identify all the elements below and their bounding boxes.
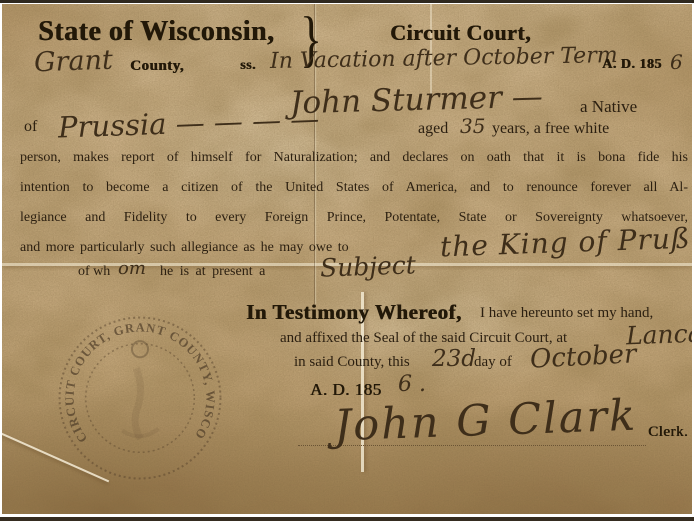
ad-year-printed: A. D. 185	[602, 57, 662, 73]
vacation-term-handwritten: In Vacation after October Term	[270, 43, 618, 74]
day-of-label: day of	[474, 354, 512, 371]
body-line-report: person, makes report of himself for Natu…	[20, 150, 688, 166]
subject-printed-a: of wh	[78, 264, 110, 280]
age-handwritten: 35	[460, 114, 485, 138]
clerk-label: Clerk.	[648, 424, 688, 441]
seal-inner-mark	[132, 341, 148, 357]
month-handwritten: October	[529, 339, 637, 375]
of-label: of	[24, 118, 37, 136]
ss-label: ss.	[240, 58, 256, 74]
clerk-signature-handwritten: John G Clark	[333, 391, 638, 452]
testimony-year-digit-handwritten: 6 .	[398, 372, 426, 397]
scanned-document: State of Wisconsin, } Circuit Court, Gra…	[0, 0, 694, 521]
body-line-intention: intention to become a citizen of the Uni…	[20, 180, 688, 196]
subject-printed-b: he is at present a	[160, 264, 265, 280]
testimony-county-line: in said County, this	[294, 354, 410, 371]
testimony-ad-printed: A. D. 185	[310, 380, 382, 400]
declarant-name-handwritten: John Sturmer —	[290, 79, 544, 122]
subject-handwritten: Subject	[320, 250, 417, 282]
state-title: State of Wisconsin,	[38, 16, 274, 48]
allegiance-sovereign-handwritten: the King of Pruß	[440, 222, 692, 264]
testimony-heading: In Testimony Whereof,	[246, 300, 462, 325]
document-paper: State of Wisconsin, } Circuit Court, Gra…	[2, 4, 692, 514]
free-white-label: years, a free white	[492, 120, 609, 138]
testimony-seal-line: and affixed the Seal of the said Circuit…	[280, 330, 567, 347]
subject-handwritten-om: om	[118, 258, 146, 279]
day-handwritten: 23d	[432, 346, 476, 372]
body-line-allegiance-printed: and more particularly such allegiance as…	[20, 240, 349, 256]
native-label: a Native	[580, 97, 637, 117]
scan-edge-bottom	[0, 517, 694, 521]
court-seal: CIRCUIT COURT, GRANT COUNTY, WISCONSIN	[52, 310, 228, 486]
ad-year-digit-handwritten: 6	[670, 50, 683, 74]
scan-edge-top	[0, 0, 694, 3]
county-label: County,	[130, 58, 184, 75]
court-title: Circuit Court,	[390, 20, 531, 46]
testimony-hand-set-line: I have hereunto set my hand,	[480, 305, 653, 322]
country-handwritten: Prussia — — — —	[57, 101, 319, 144]
aged-label: aged	[418, 120, 448, 138]
county-name-handwritten: Grant	[33, 45, 113, 79]
body-line-legiance: legiance and Fidelity to every Foreign P…	[20, 210, 688, 226]
